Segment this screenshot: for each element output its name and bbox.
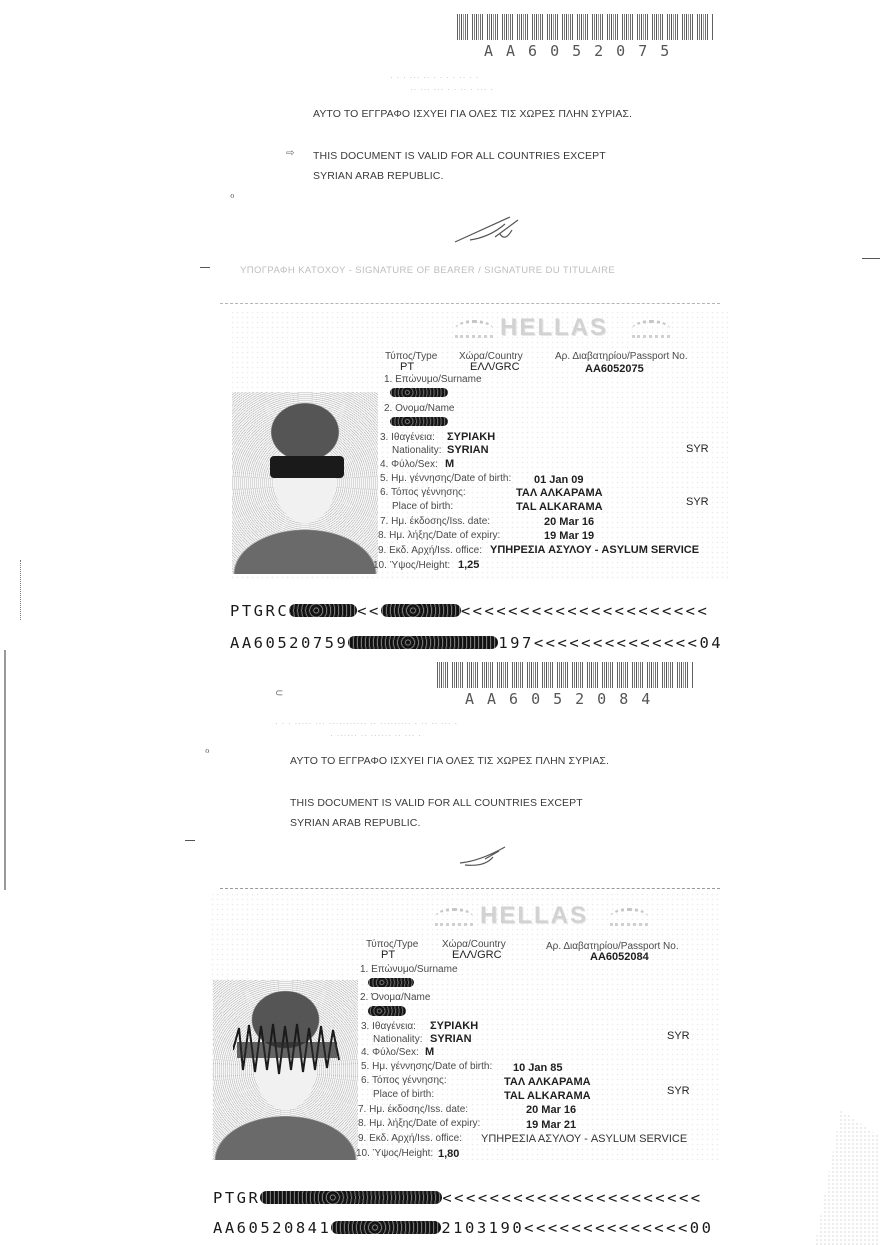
country-value: ΕΛΛ/GRC [452,949,502,961]
sex-label: 4. Φύλο/Sex: [361,1047,419,1058]
faint-header-text: · · · ··· ·· · · · · ·· · · [390,72,479,82]
pob-code: SYR [686,496,709,508]
issue-date-value: 20 Mar 16 [544,516,594,528]
pob-label-english: Place of birth: [373,1089,434,1100]
height-label: 10. Ύψος/Height: [356,1148,433,1159]
type-value: PT [381,949,395,961]
surname-label: 1. Επώνυμο/Surname [360,964,458,975]
banner-wing-left [435,908,473,926]
pob-code: SYR [667,1085,690,1097]
nationality-label-english: Nationality: [373,1034,422,1045]
divider [220,888,720,889]
arrow-mark: ⇨ [286,148,294,159]
holder-photo [213,980,358,1160]
banner-wing-right [632,320,670,338]
pob-label-greek: 6. Τόπος γέννησης: [361,1075,447,1086]
bearer-signature [450,212,530,247]
mrz-line-1: PTGR<<<<<<<<<<<<<<<<<<<<<< [213,1189,703,1207]
nationality-value-english: SYRIAN [430,1033,472,1045]
surname-label: 1. Επώνυμο/Surname [384,374,482,385]
nationality-code: SYR [686,443,709,455]
banner-wing-left [455,320,493,338]
face-redaction [270,456,344,478]
dob-value: 10 Jan 85 [513,1062,563,1074]
mrz-redacted-data [348,636,498,649]
pen-mark: ℴ [230,190,235,201]
divider [220,303,720,304]
nationality-label-greek: 3. Ιθαγένεια: [380,432,435,443]
nationality-value-english: SYRIAN [447,444,489,456]
passport-no-label: Αρ. Διαβατηρίου/Passport No. [555,351,688,362]
pob-label-greek: 6. Τόπος γέννησης: [380,487,466,498]
pen-mark: ℴ [205,745,210,756]
expiry-date-value: 19 Mar 21 [526,1119,576,1131]
dob-value: 01 Jan 09 [534,474,584,486]
pob-label-english: Place of birth: [392,501,453,512]
nationality-code: SYR [667,1030,690,1042]
issuing-office-value: ΥΠΗΡΕΣΙΑ ΑΣΥΛΟΥ - ASYLUM SERVICE [490,544,699,556]
mrz-line-2-suffix: 197<<<<<<<<<<<<<<04 [498,634,723,652]
issue-date-value: 20 Mar 16 [526,1104,576,1116]
name-label: 2. Όνομα/Name [360,992,430,1003]
validity-text-english-line1: THIS DOCUMENT IS VALID FOR ALL COUNTRIES… [313,150,606,162]
mrz-line-2-suffix: 2103190<<<<<<<<<<<<<<00 [441,1219,713,1237]
scan-mark [200,267,210,268]
pob-value-english: TAL ALKARAMA [516,501,603,513]
validity-text-english-line1: THIS DOCUMENT IS VALID FOR ALL COUNTRIES… [290,797,583,809]
dob-label: 5. Ημ. γέννησης/Date of birth: [380,473,511,484]
banner-wing-right [610,908,648,926]
passport-no-value: AA6052084 [590,951,649,963]
mrz-line-1-separator: << [357,602,381,620]
scan-mark [862,258,880,259]
height-label: 10. Ύψος/Height: [373,560,450,571]
surname-redacted [368,978,414,987]
issue-date-label: 7. Ημ. έκδοσης/Iss. date: [358,1104,468,1115]
validity-text-greek: ΑΥΤΟ ΤΟ ΕΓΓΡΑΦΟ ΙΣΧΥΕΙ ΓΙΑ ΟΛΕΣ ΤΙΣ ΧΩΡΕ… [290,755,609,767]
issuing-office-value: ΥΠΗΡΕΣΙΑ ΑΣΥΛΟΥ - ASYLUM SERVICE [481,1133,687,1145]
sex-value: M [425,1046,434,1058]
scan-mark: ⊂ [275,688,283,699]
scan-edge-line [4,650,6,890]
expiry-date-value: 19 Mar 19 [544,530,594,542]
face-redaction [233,1020,343,1080]
mrz-line-1-suffix: <<<<<<<<<<<<<<<<<<<<< [461,602,709,620]
faint-header-text: · ······ ·· ······ ·· ··· · [330,730,421,740]
dob-label: 5. Ημ. γέννησης/Date of birth: [361,1061,492,1072]
surname-redacted [390,388,448,397]
signature-caption: ΥΠΟΓΡΑΦΗ ΚΑΤΟΧΟΥ - SIGNATURE OF BEARER /… [240,265,615,276]
expiry-date-label: 8. Ημ. λήξης/Date of expiry: [358,1118,480,1129]
barcode-number: AA6052075 [484,42,682,60]
validity-text-english-line2: SYRIAN ARAB REPUBLIC. [290,817,420,829]
pob-value-english: TAL ALKARAMA [504,1090,591,1102]
bearer-signature [455,843,515,868]
name-redacted [390,417,448,426]
banner-hellas: HELLAS [500,314,608,342]
name-redacted [368,1006,406,1016]
faint-header-text: ·· ··· ··· · · ·· · ··· · [410,84,493,94]
validity-text-greek: ΑΥΤΟ ΤΟ ΕΓΓΡΑΦΟ ΙΣΧΥΕΙ ΓΙΑ ΟΛΕΣ ΤΙΣ ΧΩΡΕ… [313,108,632,120]
mrz-line-1: PTGRC<<<<<<<<<<<<<<<<<<<<<<< [230,602,709,620]
nationality-value-greek: ΣΥΡΙΑΚΗ [447,431,495,443]
pob-value-greek: ΤΑΛ ΑΛΚΑΡΑΜΑ [516,487,603,499]
expiry-date-label: 8. Ημ. λήξης/Date of expiry: [378,530,500,541]
nationality-label-english: Nationality: [392,445,441,456]
sex-label: 4. Φύλο/Sex: [380,459,438,470]
scan-edge-line [20,560,21,620]
type-value: PT [400,361,414,373]
mrz-line-1-suffix: <<<<<<<<<<<<<<<<<<<<<< [442,1189,702,1207]
barcode [437,662,693,688]
issue-date-label: 7. Ημ. έκδοσης/Iss. date: [380,516,490,527]
nationality-label-greek: 3. Ιθαγένεια: [361,1021,416,1032]
mrz-redacted-surname [289,604,357,617]
country-value: ΕΛΛ/GRC [470,361,520,373]
mrz-line-1-prefix: PTGRC [230,602,289,620]
mrz-line-1-prefix: PTGR [213,1189,260,1207]
sex-value: M [445,458,454,470]
issuing-office-label: 9. Εκδ. Αρχή/Iss. office: [378,545,482,556]
mrz-line-2: AA605208412103190<<<<<<<<<<<<<<00 [213,1219,713,1237]
name-label: 2. Ονομα/Name [384,403,454,414]
issuing-office-label: 9. Εκδ. Αρχή/Iss. office: [358,1133,462,1144]
height-value: 1,80 [438,1148,459,1160]
nationality-value-greek: ΣΥΡΙΑΚΗ [430,1020,478,1032]
banner-hellas: HELLAS [480,902,588,930]
mrz-line-2-prefix: AA60520841 [213,1219,331,1237]
height-value: 1,25 [458,559,479,571]
barcode-number: AA6052084 [465,690,663,708]
mrz-line-2: AA60520759197<<<<<<<<<<<<<<04 [230,634,723,652]
validity-text-english-line2: SYRIAN ARAB REPUBLIC. [313,170,443,182]
passport-no-value: AA6052075 [585,363,644,375]
scan-mark [185,840,195,841]
holder-photo [232,392,378,574]
mrz-redacted-name [381,604,461,617]
mrz-redacted-data [331,1221,441,1234]
mrz-line-2-prefix: AA60520759 [230,634,348,652]
faint-header-text: · · · ····· ··· ··········· ·· ·········… [275,718,458,728]
pob-value-greek: ΤΑΛ ΑΛΚΑΡΑΜΑ [504,1076,591,1088]
mrz-redacted-holder-name [260,1191,442,1204]
barcode [457,14,713,40]
scan-noise [815,1110,880,1245]
